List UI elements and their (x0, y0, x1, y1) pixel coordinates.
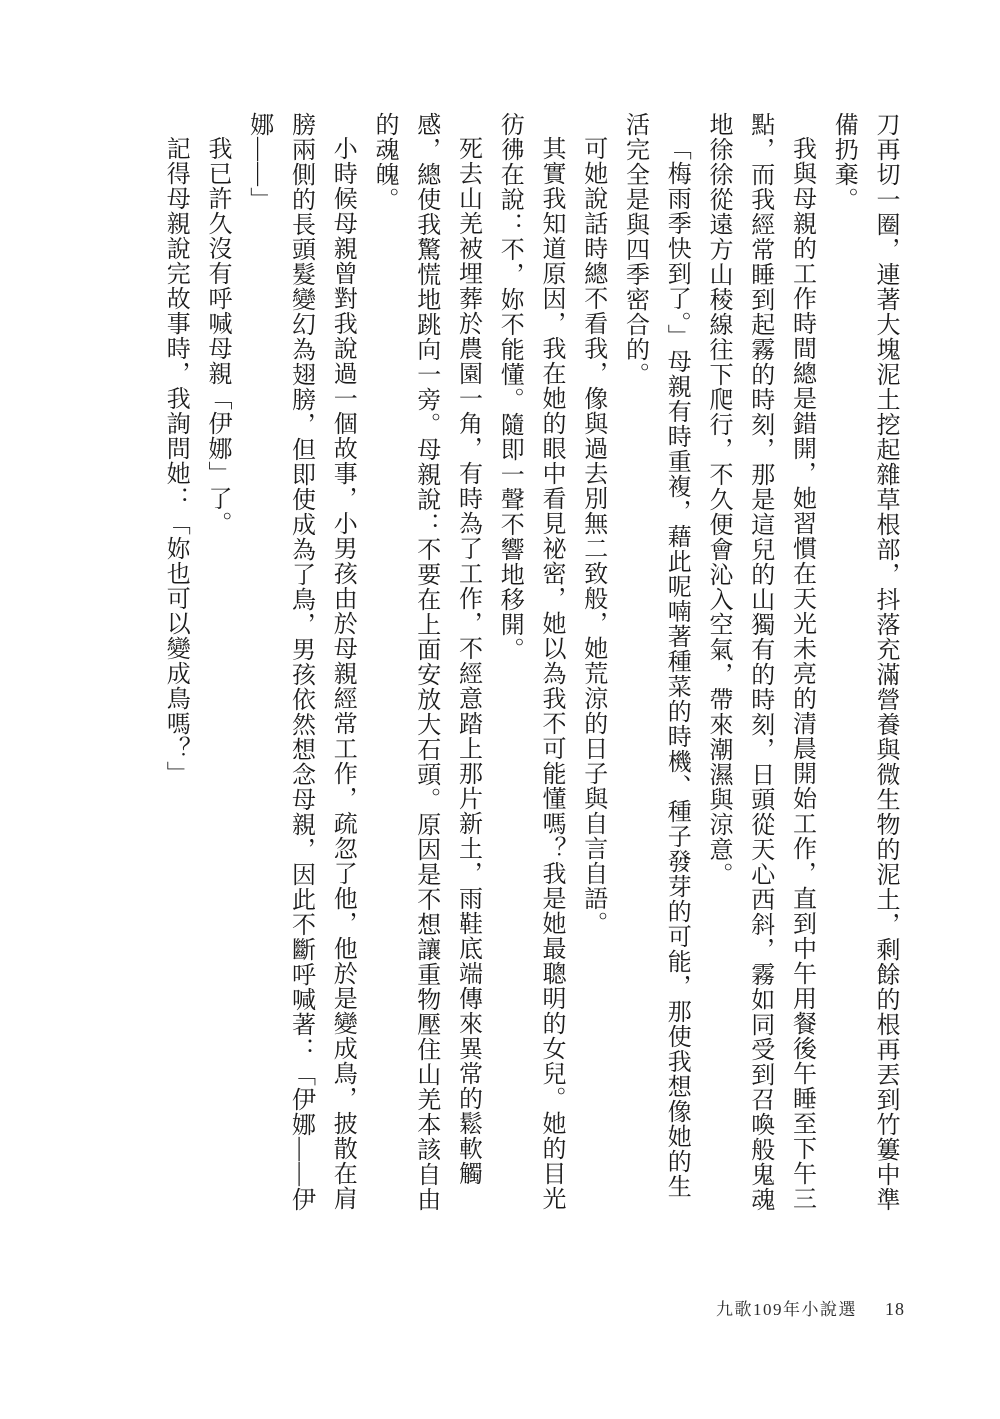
footer-book-title: 九歌109年小說選 (716, 1295, 857, 1320)
book-page: 刀再切一圈，連著大塊泥土挖起雜草根部，抖落充滿營養與微生物的泥土，剩餘的根再丟到… (0, 0, 1000, 1419)
story-paragraph: 我與母親的工作時間總是錯開，她習慣在天光未亮的清晨開始工作，直到中午用餐後午睡至… (696, 112, 821, 1212)
story-paragraph: 死去山羌被埋葬於農園一角，有時為了工作，不經意踏上那片新土，雨鞋底端傳來異常的鬆… (362, 112, 487, 1212)
story-text-block: 刀再切一圈，連著大塊泥土挖起雜草根部，抖落充滿營養與微生物的泥土，剩餘的根再丟到… (154, 112, 906, 1212)
footer-page-number: 18 (885, 1299, 905, 1320)
story-paragraph: 小時候母親曾對我說過一個故事，小男孩由於母親經常工作，疏忽了他，他於是變成鳥，披… (237, 112, 362, 1212)
story-paragraph: 可她說話時總不看我，像與過去別無二致般，她荒涼的日子與自言自語。 (571, 112, 613, 1212)
story-paragraph: 記得母親說完故事時，我詢問她：「妳也可以變成鳥嗎？」 (154, 112, 196, 1212)
story-paragraph: 我已許久沒有呼喊母親「伊娜」了。 (195, 112, 237, 1212)
story-paragraph: 「梅雨季快到了。」母親有時重複，藉此呢喃著種菜的時機、種子發芽的可能，那使我想像… (613, 112, 697, 1212)
story-paragraph: 其實我知道原因，我在她的眼中看見祕密，她以為我不可能懂嗎？我是她最聰明的女兒。她… (488, 112, 572, 1212)
story-paragraph: 刀再切一圈，連著大塊泥土挖起雜草根部，抖落充滿營養與微生物的泥土，剩餘的根再丟到… (822, 112, 906, 1212)
page-footer: 九歌109年小說選 18 (716, 1295, 905, 1320)
